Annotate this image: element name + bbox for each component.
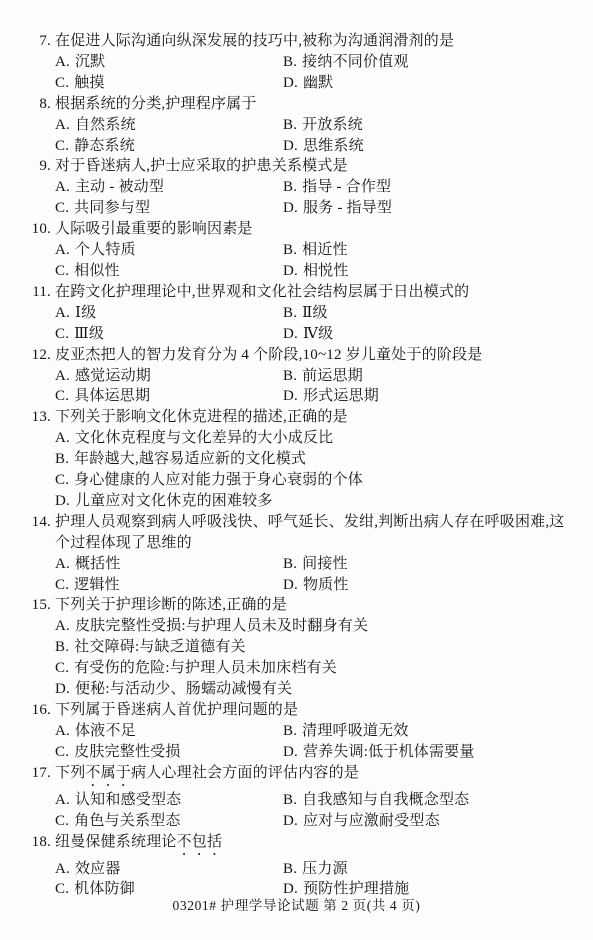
option-b: B.前运思期 bbox=[283, 366, 569, 387]
option-text: 效应器 bbox=[75, 861, 121, 877]
question-block: 12.皮亚杰把人的智力发育分为 4 个阶段,10~12 岁儿童处于的阶段是A.感… bbox=[30, 345, 569, 408]
option-label: D. bbox=[283, 577, 298, 593]
option-a: A.效应器 bbox=[55, 859, 283, 880]
option-b: B.相近性 bbox=[283, 240, 569, 261]
option-text: 个人特质 bbox=[75, 242, 136, 258]
question-line: 10.人际吸引最重要的影响因素是 bbox=[30, 219, 569, 240]
option-text: 思维系统 bbox=[303, 138, 364, 154]
option-text: 身心健康的人应对能力强于身心衰弱的个体 bbox=[74, 470, 363, 491]
question-block: 14.护理人员观察到病人呼吸浅快、呼气延长、发绀,判断出病人存在呼吸困难,这个过… bbox=[30, 512, 569, 596]
option-label: A. bbox=[55, 54, 70, 70]
option-text: 压力源 bbox=[302, 861, 348, 877]
option-b: B.间接性 bbox=[283, 554, 569, 575]
option-b: B.压力源 bbox=[283, 859, 569, 880]
option-d: D.形式运思期 bbox=[283, 386, 569, 407]
option-label: B. bbox=[283, 117, 297, 133]
option-label: D. bbox=[283, 138, 298, 154]
options: A.主动 - 被动型B.指导 - 合作型C.共同参与型D.服务 - 指导型 bbox=[55, 177, 569, 219]
option-text: 静态系统 bbox=[74, 138, 135, 154]
stem-text: 纽曼保健系统理论 bbox=[55, 834, 177, 850]
option-text: 年龄越大,越容易适应新的文化模式 bbox=[74, 449, 306, 470]
option-label: A. bbox=[55, 368, 70, 384]
option-label: D. bbox=[283, 200, 298, 216]
option-c: C.触摸 bbox=[55, 73, 283, 94]
question-number: 12. bbox=[30, 345, 51, 366]
option-b: B.社交障碍:与缺乏道德有关 bbox=[55, 637, 569, 658]
option-c: C.逻辑性 bbox=[55, 575, 283, 596]
question-number: 17. bbox=[30, 763, 51, 784]
option-label: D. bbox=[55, 679, 70, 700]
option-text: 营养失调:低于机体需要量 bbox=[303, 744, 475, 760]
option-text: Ⅲ级 bbox=[74, 326, 104, 342]
option-c: C.静态系统 bbox=[55, 136, 283, 157]
option-text: 相悦性 bbox=[303, 263, 349, 279]
option-label: B. bbox=[283, 556, 297, 572]
option-label: C. bbox=[55, 388, 69, 404]
question-stem: 在促进人际沟通向纵深发展的技巧中,被称为沟通润滑剂的是 bbox=[55, 31, 569, 52]
stem-text: 护理人员观察到病人呼吸浅快、呼气延长、发绀,判断出病人存在呼吸困难,这个过程体现… bbox=[55, 514, 565, 551]
option-a: A.文化休克程度与文化差异的大小成反比 bbox=[55, 428, 569, 449]
option-text: 角色与关系型态 bbox=[74, 813, 180, 829]
options: A.概括性B.间接性C.逻辑性D.物质性 bbox=[55, 554, 569, 596]
option-text: 前运思期 bbox=[302, 368, 363, 384]
option-text: Ⅰ级 bbox=[75, 305, 96, 321]
question-number: 13. bbox=[30, 407, 51, 428]
stem-text: 下列关于护理诊断的陈述,正确的是 bbox=[55, 597, 287, 613]
option-c: C.具体运思期 bbox=[55, 386, 283, 407]
question-stem: 下列属于昏迷病人首优护理问题的是 bbox=[55, 700, 569, 721]
emphasized-text: 不包括 bbox=[177, 834, 223, 850]
option-text: 具体运思期 bbox=[74, 388, 150, 404]
option-label: C. bbox=[55, 200, 69, 216]
option-label: B. bbox=[283, 861, 297, 877]
stem-text: 在促进人际沟通向纵深发展的技巧中,被称为沟通润滑剂的是 bbox=[55, 33, 454, 49]
option-text: 皮肤完整性受损 bbox=[74, 744, 180, 760]
question-number: 18. bbox=[30, 832, 51, 853]
option-text: 主动 - 被动型 bbox=[75, 179, 164, 195]
option-label: C. bbox=[55, 577, 69, 593]
option-d: D.相悦性 bbox=[283, 261, 569, 282]
option-b: B.自我感知与自我概念型态 bbox=[283, 790, 569, 811]
question-stem: 皮亚杰把人的智力发育分为 4 个阶段,10~12 岁儿童处于的阶段是 bbox=[55, 345, 569, 366]
option-b: B.开放系统 bbox=[283, 115, 569, 136]
option-label: C. bbox=[55, 75, 69, 91]
question-block: 10.人际吸引最重要的影响因素是A.个人特质B.相近性C.相似性D.相悦性 bbox=[30, 219, 569, 282]
option-text: 开放系统 bbox=[302, 117, 363, 133]
question-number: 9. bbox=[30, 156, 51, 177]
option-label: B. bbox=[55, 637, 69, 658]
option-text: Ⅱ级 bbox=[302, 305, 328, 321]
options: A.沉默B.接纳不同价值观C.触摸D.幽默 bbox=[55, 52, 569, 94]
option-text: 清理呼吸道无效 bbox=[302, 723, 408, 739]
question-line: 12.皮亚杰把人的智力发育分为 4 个阶段,10~12 岁儿童处于的阶段是 bbox=[30, 345, 569, 366]
options: A.自然系统B.开放系统C.静态系统D.思维系统 bbox=[55, 115, 569, 157]
question-block: 16.下列属于昏迷病人首优护理问题的是A.体液不足B.清理呼吸道无效C.皮肤完整… bbox=[30, 700, 569, 763]
question-stem: 根据系统的分类,护理程序属于 bbox=[55, 94, 569, 115]
option-label: A. bbox=[55, 723, 70, 739]
question-block: 9.对于昏迷病人,护士应采取的护患关系模式是A.主动 - 被动型B.指导 - 合… bbox=[30, 156, 569, 219]
question-line: 11.在跨文化护理理论中,世界观和文化社会结构层属于日出模式的 bbox=[30, 282, 569, 303]
option-label: A. bbox=[55, 179, 70, 195]
question-stem: 下列不属于病人心理社会方面的评估内容的是 bbox=[55, 763, 569, 790]
option-label: D. bbox=[283, 388, 298, 404]
option-d: D.思维系统 bbox=[283, 136, 569, 157]
stem-text: 人际吸引最重要的影响因素是 bbox=[55, 221, 253, 237]
option-b: B.指导 - 合作型 bbox=[283, 177, 569, 198]
question-stem: 人际吸引最重要的影响因素是 bbox=[55, 219, 569, 240]
option-text: 间接性 bbox=[302, 556, 348, 572]
option-text: 指导 - 合作型 bbox=[302, 179, 391, 195]
option-text: 皮肤完整性受损:与护理人员未及时翻身有关 bbox=[75, 616, 368, 637]
option-text: 认知和感受型态 bbox=[75, 792, 181, 808]
question-line: 17.下列不属于病人心理社会方面的评估内容的是 bbox=[30, 763, 569, 790]
option-text: 共同参与型 bbox=[74, 200, 150, 216]
question-block: 13.下列关于影响文化休克进程的描述,正确的是A.文化休克程度与文化差异的大小成… bbox=[30, 407, 569, 512]
options: A.感觉运动期B.前运思期C.具体运思期D.形式运思期 bbox=[55, 366, 569, 408]
option-d: D.应对与应激耐受型态 bbox=[283, 811, 569, 832]
option-label: A. bbox=[55, 242, 70, 258]
question-line: 13.下列关于影响文化休克进程的描述,正确的是 bbox=[30, 407, 569, 428]
question-stem: 对于昏迷病人,护士应采取的护患关系模式是 bbox=[55, 156, 569, 177]
option-a: A.体液不足 bbox=[55, 721, 283, 742]
stem-text: 对于昏迷病人,护士应采取的护患关系模式是 bbox=[55, 158, 348, 174]
options: A.认知和感受型态B.自我感知与自我概念型态C.角色与关系型态D.应对与应激耐受… bbox=[55, 790, 569, 832]
option-label: D. bbox=[283, 813, 298, 829]
option-label: D. bbox=[283, 263, 298, 279]
option-c: C.Ⅲ级 bbox=[55, 324, 283, 345]
option-label: A. bbox=[55, 305, 70, 321]
options: A.文化休克程度与文化差异的大小成反比B.年龄越大,越容易适应新的文化模式C.身… bbox=[55, 428, 569, 512]
option-label: C. bbox=[55, 470, 69, 491]
option-label: A. bbox=[55, 616, 70, 637]
option-label: D. bbox=[283, 326, 298, 342]
option-text: Ⅳ级 bbox=[303, 326, 333, 342]
option-c: C.皮肤完整性受损 bbox=[55, 742, 283, 763]
option-b: B.清理呼吸道无效 bbox=[283, 721, 569, 742]
option-text: 接纳不同价值观 bbox=[302, 54, 408, 70]
option-label: D. bbox=[55, 491, 70, 512]
option-a: A.感觉运动期 bbox=[55, 366, 283, 387]
question-line: 9.对于昏迷病人,护士应采取的护患关系模式是 bbox=[30, 156, 569, 177]
option-label: C. bbox=[55, 744, 69, 760]
question-block: 18.纽曼保健系统理论不包括A.效应器B.压力源C.机体防御D.预防性护理措施 bbox=[30, 832, 569, 901]
option-text: 体液不足 bbox=[75, 723, 136, 739]
option-label: C. bbox=[55, 813, 69, 829]
question-line: 15.下列关于护理诊断的陈述,正确的是 bbox=[30, 595, 569, 616]
option-d: D.Ⅳ级 bbox=[283, 324, 569, 345]
option-c: C.共同参与型 bbox=[55, 198, 283, 219]
question-number: 8. bbox=[30, 94, 51, 115]
option-a: A.沉默 bbox=[55, 52, 283, 73]
questions-area: 7.在促进人际沟通向纵深发展的技巧中,被称为沟通润滑剂的是A.沉默B.接纳不同价… bbox=[0, 0, 593, 900]
options: A.个人特质B.相近性C.相似性D.相悦性 bbox=[55, 240, 569, 282]
question-line: 8.根据系统的分类,护理程序属于 bbox=[30, 94, 569, 115]
question-number: 10. bbox=[30, 219, 51, 240]
exam-page: 7.在促进人际沟通向纵深发展的技巧中,被称为沟通润滑剂的是A.沉默B.接纳不同价… bbox=[0, 0, 593, 940]
option-label: A. bbox=[55, 556, 70, 572]
option-text: 概括性 bbox=[75, 556, 121, 572]
question-block: 11.在跨文化护理理论中,世界观和文化社会结构层属于日出模式的A.Ⅰ级B.Ⅱ级C… bbox=[30, 282, 569, 345]
option-text: 触摸 bbox=[74, 75, 104, 91]
stem-text: 在跨文化护理理论中,世界观和文化社会结构层属于日出模式的 bbox=[55, 284, 469, 300]
option-d: D.儿童应对文化休克的困难较多 bbox=[55, 491, 569, 512]
options: A.体液不足B.清理呼吸道无效C.皮肤完整性受损D.营养失调:低于机体需要量 bbox=[55, 721, 569, 763]
option-label: B. bbox=[283, 368, 297, 384]
option-a: A.概括性 bbox=[55, 554, 283, 575]
option-label: A. bbox=[55, 792, 70, 808]
question-line: 16.下列属于昏迷病人首优护理问题的是 bbox=[30, 700, 569, 721]
stem-text: 下列关于影响文化休克进程的描述,正确的是 bbox=[55, 409, 348, 425]
stem-text: 下列属于昏迷病人首优护理问题的是 bbox=[55, 702, 298, 718]
option-label: B. bbox=[283, 305, 297, 321]
option-a: A.主动 - 被动型 bbox=[55, 177, 283, 198]
option-a: A.个人特质 bbox=[55, 240, 283, 261]
option-label: B. bbox=[55, 449, 69, 470]
options: A.皮肤完整性受损:与护理人员未及时翻身有关B.社交障碍:与缺乏道德有关C.有受… bbox=[55, 616, 569, 700]
option-text: 服务 - 指导型 bbox=[303, 200, 392, 216]
option-text: 自然系统 bbox=[75, 117, 136, 133]
option-label: A. bbox=[55, 428, 70, 449]
option-label: C. bbox=[55, 263, 69, 279]
option-d: D.服务 - 指导型 bbox=[283, 198, 569, 219]
option-b: B.Ⅱ级 bbox=[283, 303, 569, 324]
stem-text: 根据系统的分类,护理程序属于 bbox=[55, 96, 257, 112]
option-c: C.有受伤的危险:与护理人员未加床档有关 bbox=[55, 658, 569, 679]
option-label: C. bbox=[55, 658, 69, 679]
question-line: 7.在促进人际沟通向纵深发展的技巧中,被称为沟通润滑剂的是 bbox=[30, 31, 569, 52]
option-text: 社交障碍:与缺乏道德有关 bbox=[74, 637, 246, 658]
question-stem: 在跨文化护理理论中,世界观和文化社会结构层属于日出模式的 bbox=[55, 282, 569, 303]
option-c: C.身心健康的人应对能力强于身心衰弱的个体 bbox=[55, 470, 569, 491]
option-text: 儿童应对文化休克的困难较多 bbox=[75, 491, 273, 512]
option-text: 感觉运动期 bbox=[75, 368, 151, 384]
question-block: 15.下列关于护理诊断的陈述,正确的是A.皮肤完整性受损:与护理人员未及时翻身有… bbox=[30, 595, 569, 700]
option-label: B. bbox=[283, 54, 297, 70]
page-footer: 03201# 护理学导论试题 第 2 页(共 4 页) bbox=[0, 894, 593, 914]
stem-text: 皮亚杰把人的智力发育分为 4 个阶段,10~12 岁儿童处于的阶段是 bbox=[55, 347, 482, 363]
option-text: 有受伤的危险:与护理人员未加床档有关 bbox=[74, 658, 337, 679]
option-text: 相近性 bbox=[302, 242, 348, 258]
question-block: 8.根据系统的分类,护理程序属于A.自然系统B.开放系统C.静态系统D.思维系统 bbox=[30, 94, 569, 157]
options: A.Ⅰ级B.Ⅱ级C.Ⅲ级D.Ⅳ级 bbox=[55, 303, 569, 345]
option-text: 物质性 bbox=[303, 577, 349, 593]
option-b: B.接纳不同价值观 bbox=[283, 52, 569, 73]
option-label: B. bbox=[283, 179, 297, 195]
option-a: A.自然系统 bbox=[55, 115, 283, 136]
option-text: 沉默 bbox=[75, 54, 105, 70]
option-d: D.物质性 bbox=[283, 575, 569, 596]
option-a: A.Ⅰ级 bbox=[55, 303, 283, 324]
question-number: 14. bbox=[30, 512, 51, 533]
option-label: B. bbox=[283, 723, 297, 739]
option-a: A.皮肤完整性受损:与护理人员未及时翻身有关 bbox=[55, 616, 569, 637]
option-c: C.相似性 bbox=[55, 261, 283, 282]
question-line: 18.纽曼保健系统理论不包括 bbox=[30, 832, 569, 859]
option-text: 便秘:与活动少、肠蠕动减慢有关 bbox=[75, 679, 292, 700]
question-number: 11. bbox=[30, 282, 51, 303]
option-d: D.便秘:与活动少、肠蠕动减慢有关 bbox=[55, 679, 569, 700]
option-label: B. bbox=[283, 242, 297, 258]
option-label: B. bbox=[283, 792, 297, 808]
question-block: 7.在促进人际沟通向纵深发展的技巧中,被称为沟通润滑剂的是A.沉默B.接纳不同价… bbox=[30, 31, 569, 94]
option-c: C.角色与关系型态 bbox=[55, 811, 283, 832]
option-d: D.幽默 bbox=[283, 73, 569, 94]
option-text: 自我感知与自我概念型态 bbox=[302, 792, 469, 808]
option-text: 逻辑性 bbox=[74, 577, 120, 593]
option-text: 相似性 bbox=[74, 263, 120, 279]
option-d: D.营养失调:低于机体需要量 bbox=[283, 742, 569, 763]
question-number: 15. bbox=[30, 595, 51, 616]
stem-text: 病人心理社会方面的评估内容的是 bbox=[131, 765, 359, 781]
option-text: 文化休克程度与文化差异的大小成反比 bbox=[75, 428, 333, 449]
option-label: A. bbox=[55, 861, 70, 877]
option-label: D. bbox=[283, 744, 298, 760]
question-number: 7. bbox=[30, 31, 51, 52]
question-block: 17.下列不属于病人心理社会方面的评估内容的是A.认知和感受型态B.自我感知与自… bbox=[30, 763, 569, 832]
question-stem: 下列关于护理诊断的陈述,正确的是 bbox=[55, 595, 569, 616]
option-text: 形式运思期 bbox=[303, 388, 379, 404]
option-text: 应对与应激耐受型态 bbox=[303, 813, 440, 829]
emphasized-text: 不属于 bbox=[85, 765, 131, 781]
option-label: D. bbox=[283, 75, 298, 91]
option-b: B.年龄越大,越容易适应新的文化模式 bbox=[55, 449, 569, 470]
question-stem: 护理人员观察到病人呼吸浅快、呼气延长、发绀,判断出病人存在呼吸困难,这个过程体现… bbox=[55, 512, 569, 554]
option-label: A. bbox=[55, 117, 70, 133]
option-text: 幽默 bbox=[303, 75, 333, 91]
question-stem: 下列关于影响文化休克进程的描述,正确的是 bbox=[55, 407, 569, 428]
option-label: C. bbox=[55, 138, 69, 154]
option-a: A.认知和感受型态 bbox=[55, 790, 283, 811]
option-label: C. bbox=[55, 326, 69, 342]
stem-text: 下列 bbox=[55, 765, 85, 781]
question-stem: 纽曼保健系统理论不包括 bbox=[55, 832, 569, 859]
question-number: 16. bbox=[30, 700, 51, 721]
question-line: 14.护理人员观察到病人呼吸浅快、呼气延长、发绀,判断出病人存在呼吸困难,这个过… bbox=[30, 512, 569, 554]
